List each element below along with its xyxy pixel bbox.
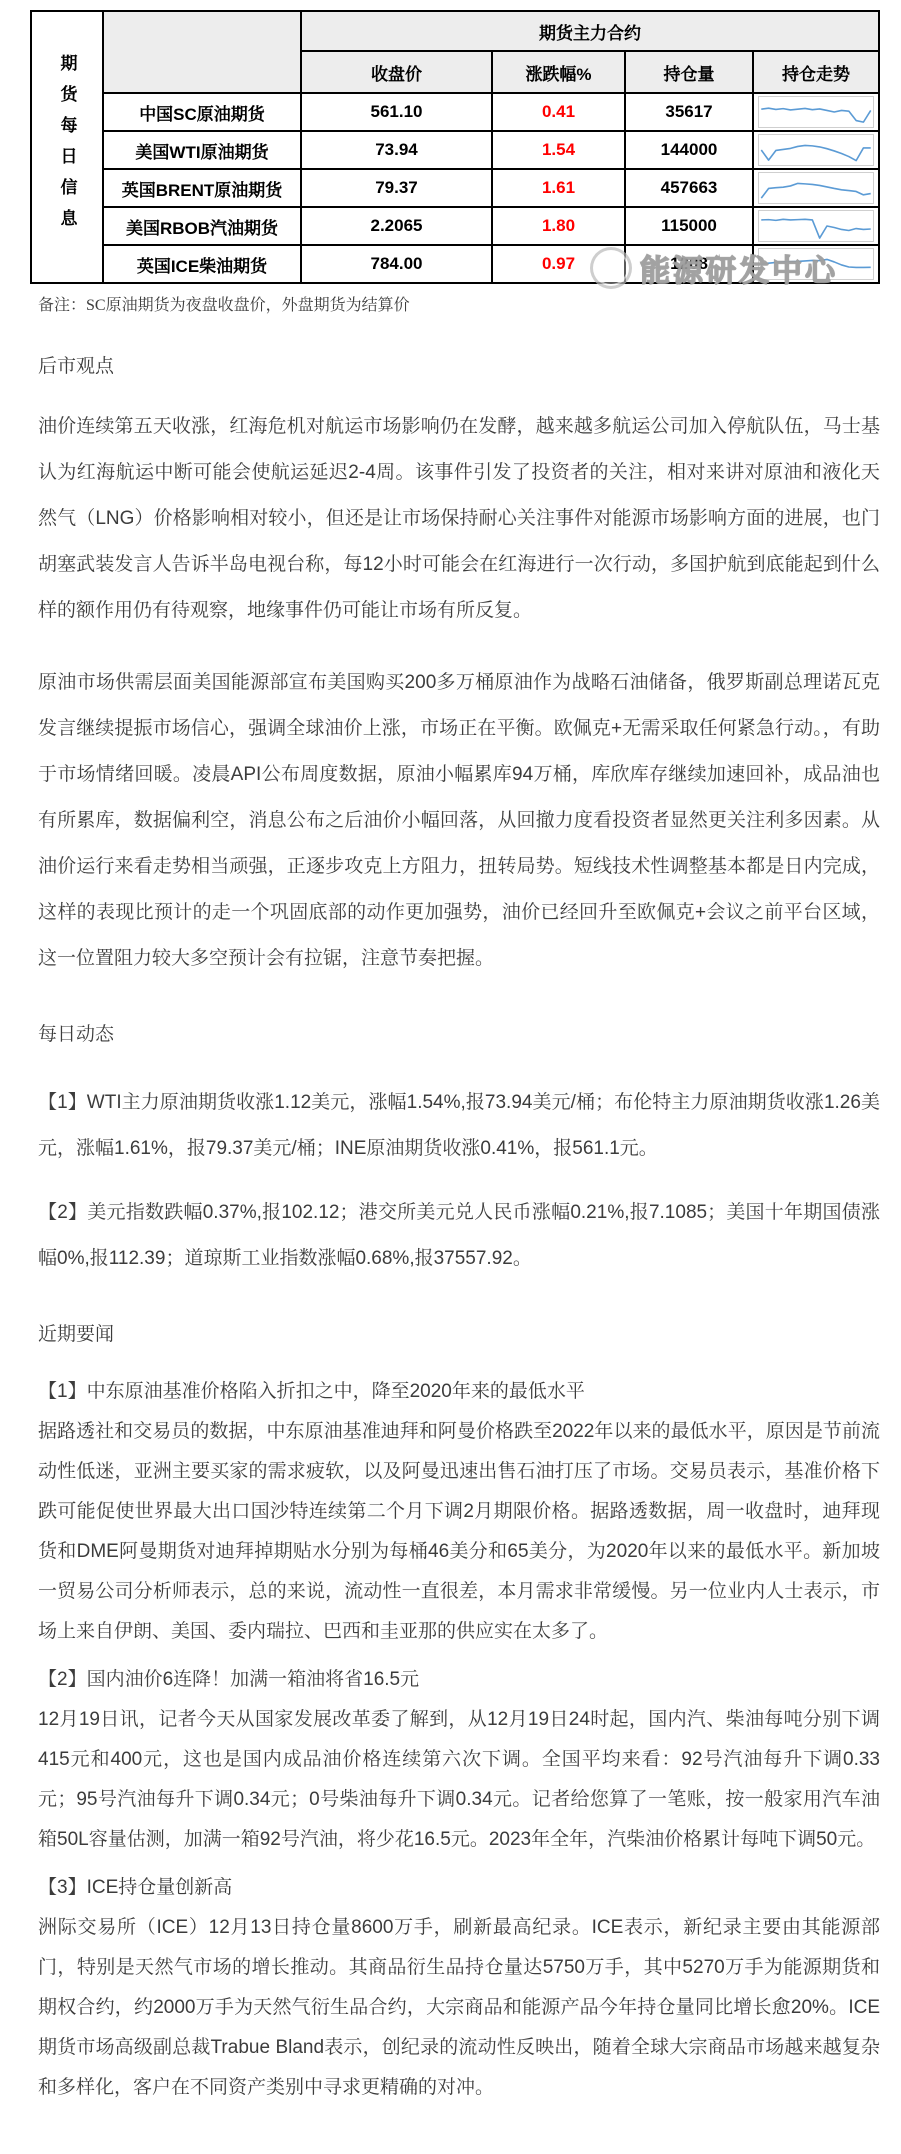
section-heading-news: 近期要闻 <box>38 1312 880 1358</box>
news-item-3: 【3】ICE持仓量创新高 洲际交易所（ICE）12月13日持仓量8600万手，刷… <box>38 1868 880 2108</box>
daily-item-2: 【2】美元指数跌幅0.37%,报102.12；港交所美元兑人民币涨幅0.21%,… <box>38 1190 880 1282</box>
table-row: 英国BRENT原油期货 79.37 1.61 457663 <box>31 169 879 207</box>
news-item-title: 【3】ICE持仓量创新高 <box>38 1868 880 1908</box>
open-interest-cell: 457663 <box>625 169 753 207</box>
trend-cell <box>753 207 879 245</box>
table-side-title-text: 期货每日信息 <box>59 54 76 240</box>
change-percent-cell: 1.61 <box>492 169 625 207</box>
outlook-paragraph-2: 原油市场供需层面美国能源部宣布美国购买200多万桶原油作为战略石油储备，俄罗斯副… <box>38 660 880 982</box>
close-price-cell: 784.00 <box>301 245 492 283</box>
close-price-cell: 79.37 <box>301 169 492 207</box>
oi-trend-sparkline <box>758 134 874 166</box>
oi-trend-sparkline <box>758 210 874 242</box>
column-header-open-interest: 持仓量 <box>625 51 753 93</box>
contract-name-cell: 美国RBOB汽油期货 <box>103 207 301 245</box>
open-interest-cell: 115000 <box>625 207 753 245</box>
column-header-change: 涨跌幅% <box>492 51 625 93</box>
open-interest-cell: 35617 <box>625 93 753 131</box>
table-row: 美国WTI原油期货 73.94 1.54 144000 <box>31 131 879 169</box>
close-price-cell: 2.2065 <box>301 207 492 245</box>
trend-cell <box>753 169 879 207</box>
daily-item-1: 【1】WTI主力原油期货收涨1.12美元，涨幅1.54%,报73.94美元/桶；… <box>38 1080 880 1172</box>
oi-trend-sparkline <box>758 248 874 280</box>
contract-name-cell: 美国WTI原油期货 <box>103 131 301 169</box>
open-interest-cell: 144000 <box>625 131 753 169</box>
futures-table-wrapper: 期货每日信息 期货主力合约 收盘价 涨跌幅% 持仓量 持仓走势 中国SC原油期货… <box>30 10 878 284</box>
trend-cell <box>753 93 879 131</box>
close-price-cell: 73.94 <box>301 131 492 169</box>
news-item-body: 据路透社和交易员的数据，中东原油基准迪拜和阿曼价格跌至2022年以来的最低水平，… <box>38 1412 880 1652</box>
change-percent-cell: 0.97 <box>492 245 625 283</box>
table-row: 中国SC原油期货 561.10 0.41 35617 <box>31 93 879 131</box>
table-row: 美国RBOB汽油期货 2.2065 1.80 115000 <box>31 207 879 245</box>
table-group-header: 期货主力合约 <box>301 11 879 51</box>
oi-trend-sparkline <box>758 96 874 128</box>
table-row: 英国ICE柴油期货 784.00 0.97 1208 <box>31 245 879 283</box>
contract-name-cell: 中国SC原油期货 <box>103 93 301 131</box>
article-body: 备注：SC原油期货为夜盘收盘价，外盘期货为结算价 后市观点 油价连续第五天收涨，… <box>0 294 901 2128</box>
close-price-cell: 561.10 <box>301 93 492 131</box>
oi-trend-sparkline <box>758 172 874 204</box>
news-item-1: 【1】中东原油基准价格陷入折扣之中，降至2020年来的最低水平 据路透社和交易员… <box>38 1372 880 1652</box>
change-percent-cell: 1.80 <box>492 207 625 245</box>
trend-cell <box>753 131 879 169</box>
trend-cell <box>753 245 879 283</box>
contract-name-cell: 英国ICE柴油期货 <box>103 245 301 283</box>
table-side-title: 期货每日信息 <box>31 11 103 283</box>
contract-name-cell: 英国BRENT原油期货 <box>103 169 301 207</box>
news-item-title: 【2】国内油价6连降！加满一箱油将省16.5元 <box>38 1660 880 1700</box>
table-corner-cell <box>103 11 301 93</box>
news-item-body: 洲际交易所（ICE）12月13日持仓量8600万手，刷新最高纪录。ICE表示，新… <box>38 1908 880 2108</box>
news-item-title: 【1】中东原油基准价格陷入折扣之中，降至2020年来的最低水平 <box>38 1372 880 1412</box>
futures-table: 期货每日信息 期货主力合约 收盘价 涨跌幅% 持仓量 持仓走势 中国SC原油期货… <box>30 10 880 284</box>
open-interest-cell: 1208 <box>625 245 753 283</box>
column-header-close: 收盘价 <box>301 51 492 93</box>
change-percent-cell: 0.41 <box>492 93 625 131</box>
outlook-paragraph-1: 油价连续第五天收涨，红海危机对航运市场影响仍在发酵，越来越多航运公司加入停航队伍… <box>38 404 880 634</box>
news-item-2: 【2】国内油价6连降！加满一箱油将省16.5元 12月19日讯，记者今天从国家发… <box>38 1660 880 1860</box>
table-footnote: 备注：SC原油期货为夜盘收盘价，外盘期货为结算价 <box>38 294 880 318</box>
change-percent-cell: 1.54 <box>492 131 625 169</box>
news-item-body: 12月19日讯，记者今天从国家发展改革委了解到，从12月19日24时起，国内汽、… <box>38 1700 880 1860</box>
section-heading-daily: 每日动态 <box>38 1012 880 1058</box>
section-heading-outlook: 后市观点 <box>38 344 880 390</box>
column-header-trend: 持仓走势 <box>753 51 879 93</box>
